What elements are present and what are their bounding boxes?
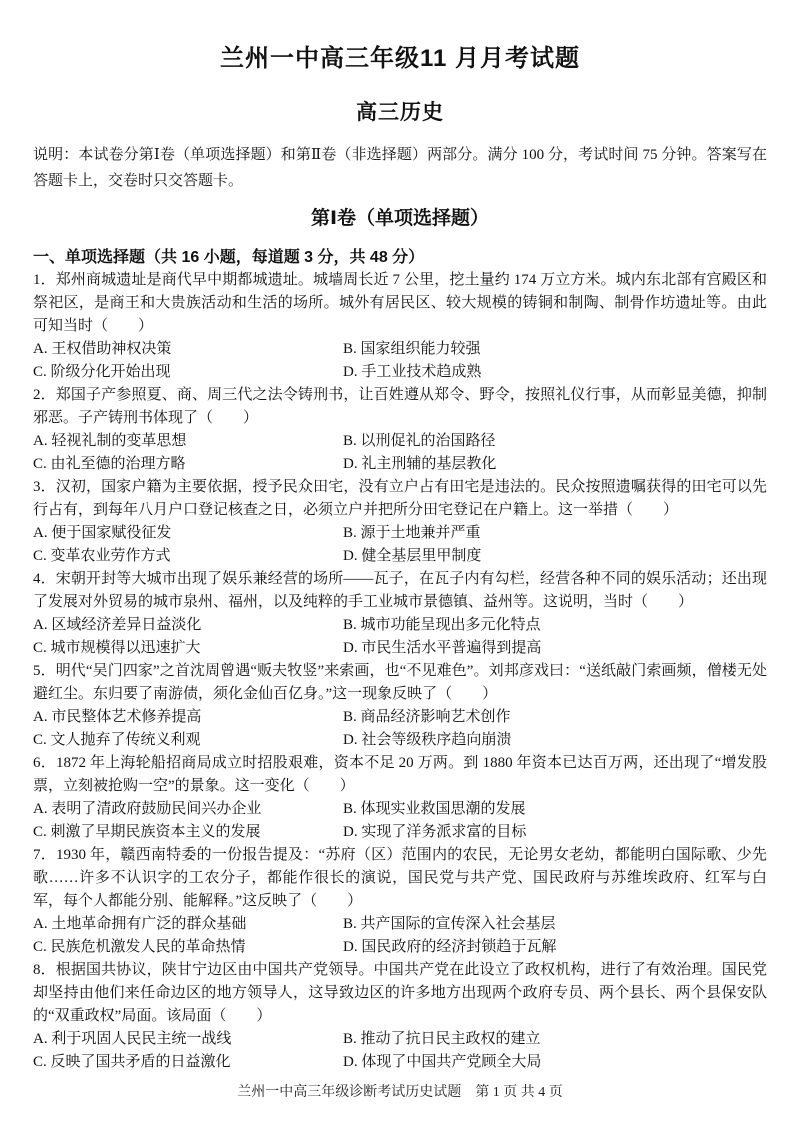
question-stem: 1．郑州商城遗址是商代早中期都城遗址。城墙周长近 7 公里，挖土量约 174 万…: [33, 269, 767, 338]
question-options: A. 市民整体艺术修养提高 B. 商品经济影响艺术创作 C. 文人抛弃了传统义利…: [33, 706, 767, 752]
question-stem: 4．宋朝开封等大城市出现了娱乐兼经营的场所——瓦子，在瓦子内有勾栏，经营各种不同…: [33, 568, 767, 614]
questions-list: 1．郑州商城遗址是商代早中期都城遗址。城墙周长近 7 公里，挖土量约 174 万…: [33, 269, 767, 1074]
option-b: B. 推动了抗日民主政权的建立: [343, 1028, 767, 1051]
question-stem: 8．根据国共协议，陕甘宁边区由中国共产党领导。中国共产党在此设立了政权机构，进行…: [33, 959, 767, 1028]
option-a: A. 土地革命拥有广泛的群众基础: [33, 913, 343, 936]
option-a: A. 轻视礼制的变革思想: [33, 430, 343, 453]
option-c: C. 文人抛弃了传统义利观: [33, 729, 343, 752]
option-d: D. 礼主刑辅的基层教化: [343, 453, 767, 476]
option-d: D. 国民政府的经济封锁趋于瓦解: [343, 936, 767, 959]
question: 7．1930 年，赣西南特委的一份报告提及：“苏府（区）范围内的农民，无论男女老…: [33, 844, 767, 959]
option-c: C. 由礼至德的治理方略: [33, 453, 343, 476]
option-a: A. 便于国家赋役征发: [33, 522, 343, 545]
exam-page: 兰州一中高三年级11 月月考试题 高三历史 说明：本试卷分第Ⅰ卷（单项选择题）和…: [0, 0, 800, 1139]
question-options: A. 区域经济差异日益淡化 B. 城市功能呈现出多元化特点 C. 城市规模得以迅…: [33, 614, 767, 660]
option-d: D. 健全基层里甲制度: [343, 545, 767, 568]
option-b: B. 城市功能呈现出多元化特点: [343, 614, 767, 637]
option-d: D. 实现了洋务派求富的目标: [343, 821, 767, 844]
exam-instructions: 说明：本试卷分第Ⅰ卷（单项选择题）和第Ⅱ卷（非选择题）两部分。满分 100 分，…: [33, 142, 767, 194]
question: 6．1872 年上海轮船招商局成立时招股艰难，资本不足 20 万两。到 1880…: [33, 752, 767, 844]
option-d: D. 社会等级秩序趋向崩溃: [343, 729, 767, 752]
question: 1．郑州商城遗址是商代早中期都城遗址。城墙周长近 7 公里，挖土量约 174 万…: [33, 269, 767, 384]
question-options: A. 便于国家赋役征发 B. 源于土地兼并严重 C. 变革农业劳作方式 D. 健…: [33, 522, 767, 568]
option-c: C. 反映了国共矛盾的日益激化: [33, 1051, 343, 1074]
option-c: C. 变革农业劳作方式: [33, 545, 343, 568]
question-options: A. 表明了清政府鼓励民间兴办企业 B. 体现实业救国思潮的发展 C. 刺激了早…: [33, 798, 767, 844]
option-a: A. 表明了清政府鼓励民间兴办企业: [33, 798, 343, 821]
exam-title: 兰州一中高三年级11 月月考试题: [33, 38, 767, 73]
option-d: D. 体现了中国共产党顾全大局: [343, 1051, 767, 1074]
question-options: A. 王权借助神权决策 B. 国家组织能力较强 C. 阶级分化开始出现 D. 手…: [33, 338, 767, 384]
option-b: B. 国家组织能力较强: [343, 338, 767, 361]
option-b: B. 以刑促礼的治国路径: [343, 430, 767, 453]
option-a: A. 王权借助神权决策: [33, 338, 343, 361]
question-stem: 2．郑国子产参照夏、商、周三代之法令铸刑书，让百姓遵从郑令、野令，按照礼仪行事，…: [33, 384, 767, 430]
option-a: A. 利于巩固人民民主统一战线: [33, 1028, 343, 1051]
footer-page-info: 兰州一中高三年级诊断考试历史试题 第 1 页 共 4 页: [0, 1081, 800, 1101]
section-heading: 一、单项选择题（共 16 小题，每道题 3 分，共 48 分）: [33, 244, 767, 267]
question-stem: 6．1872 年上海轮船招商局成立时招股艰难，资本不足 20 万两。到 1880…: [33, 752, 767, 798]
question-stem: 5．明代“吴门四家”之首沈周曾遇“贩夫牧竖”来索画，也“不见难色”。刘邦彦戏曰：…: [33, 660, 767, 706]
option-d: D. 手工业技术趋成熟: [343, 361, 767, 384]
question: 2．郑国子产参照夏、商、周三代之法令铸刑书，让百姓遵从郑令、野令，按照礼仪行事，…: [33, 384, 767, 476]
question-stem: 7．1930 年，赣西南特委的一份报告提及：“苏府（区）范围内的农民，无论男女老…: [33, 844, 767, 913]
option-c: C. 民族危机激发人民的革命热情: [33, 936, 343, 959]
question: 5．明代“吴门四家”之首沈周曾遇“贩夫牧竖”来索画，也“不见难色”。刘邦彦戏曰：…: [33, 660, 767, 752]
option-c: C. 阶级分化开始出现: [33, 361, 343, 384]
question-stem: 3．汉初，国家户籍为主要依据，授予民众田宅，没有立户占有田宅是违法的。民众按照遗…: [33, 476, 767, 522]
part-heading: 第Ⅰ卷（单项选择题）: [33, 203, 767, 230]
option-a: A. 区域经济差异日益淡化: [33, 614, 343, 637]
question-options: A. 土地革命拥有广泛的群众基础 B. 共产国际的宣传深入社会基层 C. 民族危…: [33, 913, 767, 959]
option-b: B. 体现实业救国思潮的发展: [343, 798, 767, 821]
exam-subject: 高三历史: [33, 96, 767, 126]
question-options: A. 轻视礼制的变革思想 B. 以刑促礼的治国路径 C. 由礼至德的治理方略 D…: [33, 430, 767, 476]
option-c: C. 城市规模得以迅速扩大: [33, 637, 343, 660]
option-b: B. 源于土地兼并严重: [343, 522, 767, 545]
question: 4．宋朝开封等大城市出现了娱乐兼经营的场所——瓦子，在瓦子内有勾栏，经营各种不同…: [33, 568, 767, 660]
option-b: B. 共产国际的宣传深入社会基层: [343, 913, 767, 936]
question: 8．根据国共协议，陕甘宁边区由中国共产党领导。中国共产党在此设立了政权机构，进行…: [33, 959, 767, 1074]
option-d: D. 市民生活水平普遍得到提高: [343, 637, 767, 660]
option-b: B. 商品经济影响艺术创作: [343, 706, 767, 729]
question: 3．汉初，国家户籍为主要依据，授予民众田宅，没有立户占有田宅是违法的。民众按照遗…: [33, 476, 767, 568]
option-a: A. 市民整体艺术修养提高: [33, 706, 343, 729]
question-options: A. 利于巩固人民民主统一战线 B. 推动了抗日民主政权的建立 C. 反映了国共…: [33, 1028, 767, 1074]
option-c: C. 刺激了早期民族资本主义的发展: [33, 821, 343, 844]
